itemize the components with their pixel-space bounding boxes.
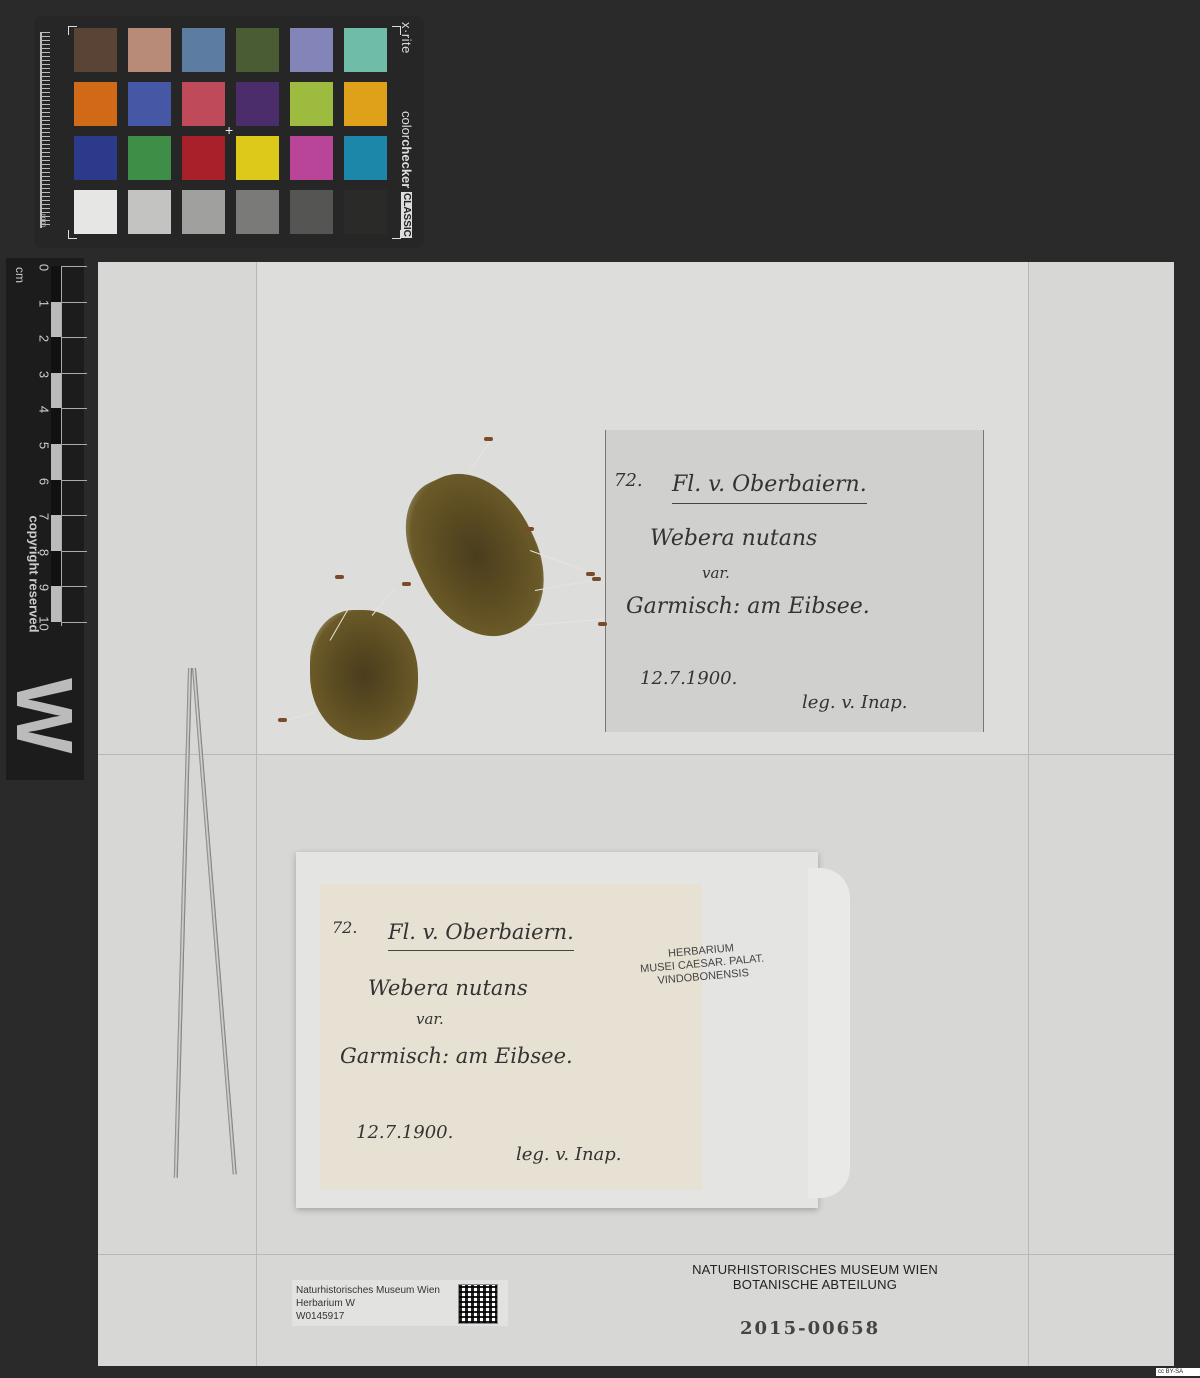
fold-line bbox=[256, 262, 257, 1366]
color-patch bbox=[344, 136, 387, 180]
qr-code-icon bbox=[458, 1284, 498, 1324]
accession-number: 2015-00658 bbox=[740, 1318, 890, 1339]
crosshair-icon: + bbox=[225, 122, 233, 138]
ruler-segment bbox=[51, 337, 61, 373]
ruler-ticks bbox=[61, 266, 87, 626]
ruler-segment bbox=[51, 266, 61, 302]
herbarium-logo-w: W bbox=[0, 678, 99, 738]
ruler-number: 4 bbox=[37, 400, 52, 420]
barcode-label-text: Naturhistorisches Museum Wien Herbarium … bbox=[296, 1284, 440, 1323]
ruler-tick bbox=[62, 480, 87, 481]
color-patch bbox=[74, 136, 117, 180]
fold-line bbox=[1028, 262, 1029, 1366]
label-header: Fl. v. Oberbaiern. bbox=[388, 920, 574, 951]
edition-badge: CLASSIC bbox=[401, 192, 412, 238]
locality: Garmisch: am Eibsee. bbox=[340, 1044, 573, 1068]
collection-date: 12.7.1900. bbox=[640, 668, 737, 689]
ruler-tick bbox=[62, 515, 87, 516]
ruler-tick bbox=[62, 551, 87, 552]
color-patch bbox=[74, 190, 117, 234]
ruler-segment bbox=[51, 302, 61, 338]
label-header: Fl. v. Oberbaiern. bbox=[672, 472, 867, 504]
color-patch bbox=[290, 190, 333, 234]
color-patch bbox=[236, 28, 279, 72]
ruler-segment bbox=[51, 408, 61, 444]
ruler-tick bbox=[62, 444, 87, 445]
ruler-number: 0 bbox=[37, 258, 52, 278]
ruler-number: 6 bbox=[37, 471, 52, 491]
ruler-tick bbox=[62, 337, 87, 338]
color-patch bbox=[74, 28, 117, 72]
copyright-notice: copyright reserved bbox=[27, 516, 42, 656]
ruler-segment bbox=[51, 444, 61, 480]
cc-license-badge[interactable]: cc BY-SA bbox=[1156, 1368, 1200, 1376]
ruler-segment bbox=[51, 551, 61, 587]
collection-date: 12.7.1900. bbox=[356, 1122, 453, 1143]
color-patch bbox=[182, 190, 225, 234]
label-number: 72. bbox=[614, 470, 643, 491]
color-patch bbox=[290, 28, 333, 72]
herbarium-name: Herbarium W bbox=[296, 1297, 440, 1310]
original-label: 72. Fl. v. Oberbaiern. Webera nutans var… bbox=[320, 884, 702, 1190]
ruler-unit: cm bbox=[13, 267, 27, 283]
color-patch bbox=[236, 190, 279, 234]
color-patch bbox=[182, 28, 225, 72]
ruler-segment bbox=[51, 586, 61, 622]
locality: Garmisch: am Eibsee. bbox=[626, 594, 870, 619]
label-number: 72. bbox=[332, 918, 357, 937]
variety: var. bbox=[702, 564, 730, 582]
museum-stamp: NATURHISTORISCHES MUSEUM WIEN BOTANISCHE… bbox=[680, 1262, 950, 1292]
color-patch bbox=[290, 136, 333, 180]
ruler-segment bbox=[51, 480, 61, 516]
catalog-number: W0145917 bbox=[296, 1310, 440, 1323]
color-patch bbox=[182, 82, 225, 126]
collector: leg. v. Inap. bbox=[516, 1144, 622, 1165]
color-checker-card: mm + x·rite colorchecker CLASSIC bbox=[34, 16, 424, 248]
photocopy-label: 72. Fl. v. Oberbaiern. Webera nutans var… bbox=[605, 430, 984, 732]
color-patch bbox=[74, 82, 117, 126]
color-patch bbox=[344, 28, 387, 72]
taxon-name: Webera nutans bbox=[650, 526, 817, 551]
wordmark-checker: checker bbox=[399, 139, 414, 188]
color-patch bbox=[344, 190, 387, 234]
ruler-tick bbox=[62, 266, 87, 267]
ruler-number: 3 bbox=[37, 364, 52, 384]
museum-name: NATURHISTORISCHES MUSEUM WIEN bbox=[680, 1262, 950, 1277]
color-patch bbox=[344, 82, 387, 126]
ruler-segment bbox=[51, 373, 61, 409]
ruler-number: 2 bbox=[37, 329, 52, 349]
color-patch bbox=[182, 136, 225, 180]
cm-scale-ruler: cm 012345678910 copyright reserved W bbox=[6, 258, 84, 780]
color-patch bbox=[128, 190, 171, 234]
institution-name: Naturhistorisches Museum Wien bbox=[296, 1284, 440, 1297]
fold-line bbox=[98, 1254, 1174, 1255]
department-name: BOTANISCHE ABTEILUNG bbox=[680, 1277, 950, 1292]
envelope-flap bbox=[808, 868, 850, 1198]
color-patch bbox=[236, 82, 279, 126]
fold-line bbox=[98, 754, 1174, 755]
taxon-name: Webera nutans bbox=[368, 976, 528, 1000]
collector: leg. v. Inap. bbox=[802, 692, 908, 713]
ruler-tick bbox=[62, 622, 87, 623]
ruler-tick bbox=[62, 408, 87, 409]
variety: var. bbox=[416, 1010, 444, 1028]
xrite-logo: x·rite bbox=[399, 22, 414, 54]
wordmark-color: color bbox=[399, 111, 414, 139]
color-patch bbox=[128, 136, 171, 180]
ruler-tick bbox=[62, 586, 87, 587]
ruler-number: 5 bbox=[37, 436, 52, 456]
mm-unit-label: mm bbox=[39, 214, 48, 227]
ruler-segment bbox=[51, 515, 61, 551]
ruler-tick bbox=[62, 373, 87, 374]
colorchecker-wordmark: colorchecker CLASSIC bbox=[399, 111, 414, 238]
mm-scale bbox=[40, 32, 50, 228]
ruler-number: 1 bbox=[37, 293, 52, 313]
color-patch bbox=[236, 136, 279, 180]
color-patch bbox=[128, 28, 171, 72]
ruler-bar bbox=[51, 266, 61, 626]
color-patch bbox=[128, 82, 171, 126]
barcode-label: Naturhistorisches Museum Wien Herbarium … bbox=[292, 1280, 508, 1326]
ruler-tick bbox=[62, 302, 87, 303]
color-patch bbox=[290, 82, 333, 126]
